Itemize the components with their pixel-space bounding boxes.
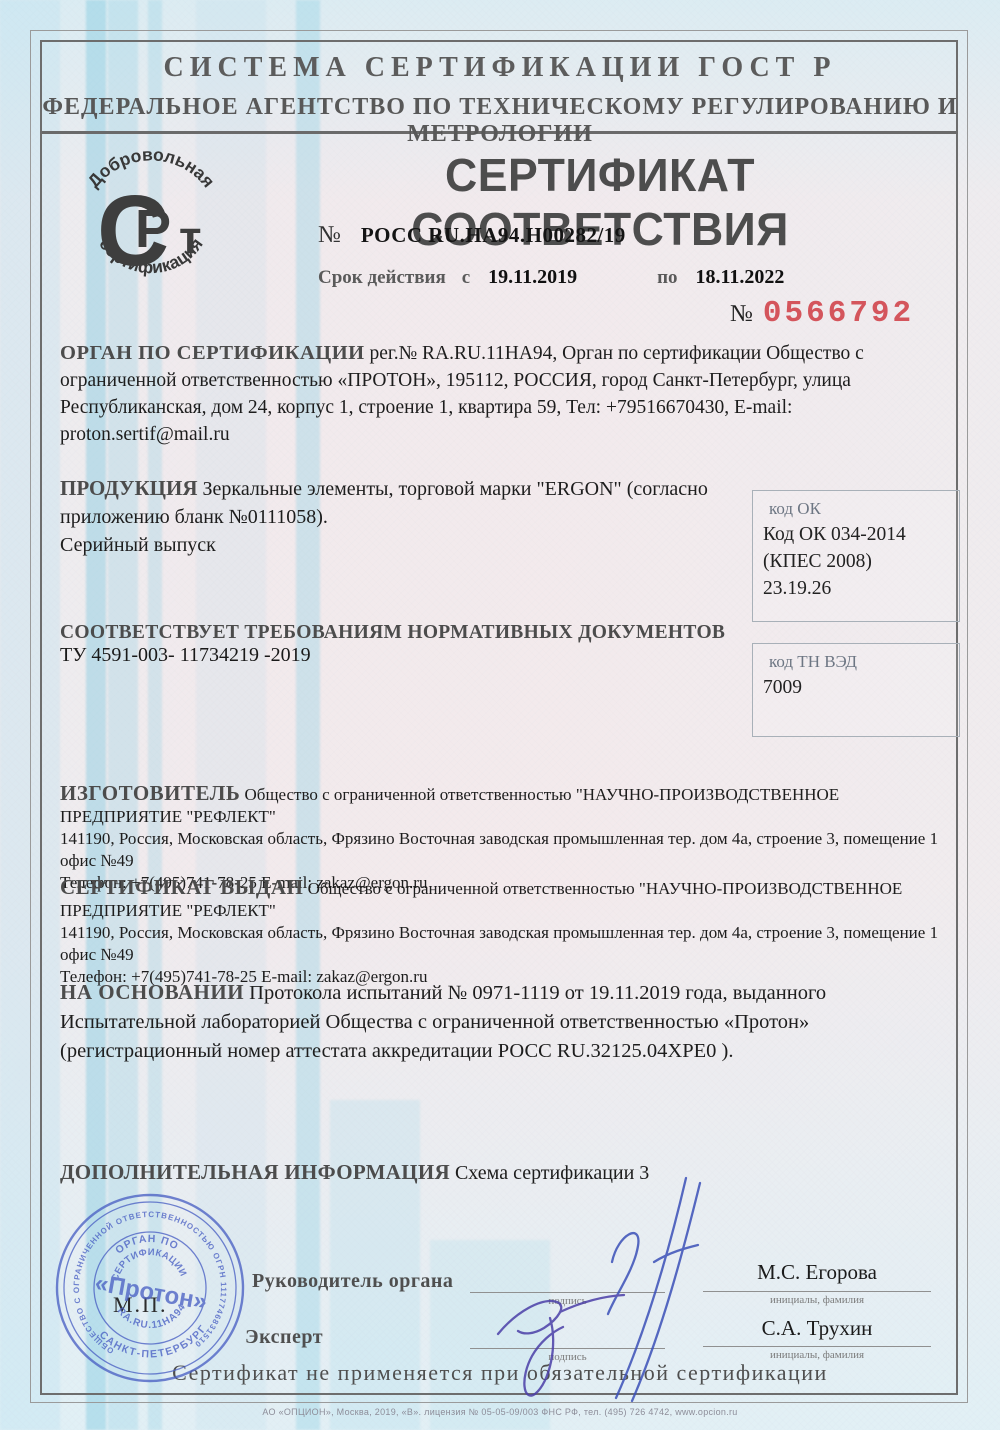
- additional-info-text: Схема сертификации 3: [455, 1162, 649, 1184]
- additional-info-label: ДОПОЛНИТЕЛЬНАЯ ИНФОРМАЦИЯ: [60, 1160, 450, 1184]
- validity-label: Срок действия: [318, 267, 446, 288]
- head-signature-caption: подпись: [470, 1295, 665, 1307]
- section-issued-to: СЕРТИФИКАТ ВЫДАН Общество с ограниченной…: [60, 876, 960, 988]
- code-ok-line2: (КПЕС 2008): [753, 548, 959, 575]
- validity-from-prep: с: [462, 267, 470, 288]
- section-additional-info: ДОПОЛНИТЕЛЬНАЯ ИНФОРМАЦИЯ Схема сертифик…: [60, 1160, 940, 1185]
- number-sign: №: [318, 222, 341, 248]
- footer-note: Сертификат не применяется при обязательн…: [120, 1360, 880, 1386]
- manufacturer-label: ИЗГОТОВИТЕЛЬ: [60, 781, 240, 805]
- validity-from-date: 19.11.2019: [488, 266, 577, 288]
- blank-serial-number: 0566792: [763, 296, 914, 331]
- code-ok-box: код ОК Код ОК 034-2014 (КПЕС 2008) 23.19…: [752, 490, 960, 622]
- expert-signature-line: [470, 1348, 665, 1349]
- section-basis: НА ОСНОВАНИИ Протокола испытаний № 0971-…: [60, 978, 895, 1066]
- expert-name-line: [703, 1346, 931, 1347]
- code-ok-line1: Код ОК 034-2014: [753, 521, 959, 548]
- code-tnved-label: код ТН ВЭД: [753, 644, 959, 674]
- code-ok-line3: 23.19.26: [753, 575, 959, 602]
- production-label: ПРОДУКЦИЯ: [60, 476, 198, 500]
- printer-fine-print: АО «ОПЦИОН», Москва, 2019, «В». лицензия…: [0, 1407, 1000, 1417]
- issued-to-address: 141190, Россия, Московская область, Фряз…: [60, 922, 960, 966]
- manufacturer-address: 141190, Россия, Московская область, Фряз…: [60, 828, 960, 872]
- production-serial-release: Серийный выпуск: [60, 531, 755, 559]
- expert-name: С.А. Трухин: [703, 1316, 931, 1341]
- rst-mark-t: т: [179, 211, 202, 263]
- head-role-label: Руководитель органа: [252, 1270, 453, 1293]
- certificate-number: РОСС RU.HA94.H00282/19: [361, 223, 626, 247]
- head-name-line: [703, 1291, 931, 1292]
- validity-row: Срок действияс19.11.2019по18.11.2022: [318, 266, 784, 289]
- certification-system-title: СИСТЕМА СЕРТИФИКАЦИИ ГОСТ Р: [42, 52, 958, 84]
- validity-to-prep: по: [657, 267, 677, 288]
- rst-mark: С Р т: [97, 175, 202, 287]
- section-production: ПРОДУКЦИЯ Зеркальные элементы, торговой …: [60, 474, 755, 559]
- section-conforms: СООТВЕТСТВУЕТ ТРЕБОВАНИЯМ НОРМАТИВНЫХ ДО…: [60, 622, 750, 667]
- issued-to-label: СЕРТИФИКАТ ВЫДАН: [60, 875, 303, 899]
- head-name: М.С. Егорова: [703, 1260, 931, 1285]
- code-tnved-box: код ТН ВЭД 7009: [752, 643, 960, 737]
- blank-serial-row: №0566792: [730, 296, 914, 331]
- rst-mark-r: Р: [135, 199, 171, 259]
- head-name-caption: инициалы, фамилия: [703, 1294, 931, 1306]
- code-tnved-value: 7009: [753, 674, 959, 701]
- conforms-label: СООТВЕТСТВУЕТ ТРЕБОВАНИЯМ НОРМАТИВНЫХ ДО…: [60, 622, 750, 644]
- rst-voluntary-certification-logo: Добровольная сертификация С Р т: [63, 143, 241, 305]
- basis-label: НА ОСНОВАНИИ: [60, 980, 244, 1004]
- head-signature-line: [470, 1292, 665, 1293]
- expert-role-label: Эксперт: [245, 1326, 323, 1349]
- serial-sign: №: [730, 301, 753, 327]
- section-certification-body: ОРГАН ПО СЕРТИФИКАЦИИ рег.№ RA.RU.11НА94…: [60, 340, 940, 448]
- federal-agency-title: ФЕДЕРАЛЬНОЕ АГЕНТСТВО ПО ТЕХНИЧЕСКОМУ РЕ…: [42, 94, 958, 148]
- code-ok-label: код ОК: [753, 491, 959, 521]
- conforms-text: ТУ 4591-003- 11734219 -2019: [60, 644, 750, 667]
- certification-body-label: ОРГАН ПО СЕРТИФИКАЦИИ: [60, 342, 365, 364]
- certificate-number-row: №РОСС RU.HA94.H00282/19: [318, 222, 626, 249]
- validity-to-date: 18.11.2022: [696, 266, 785, 288]
- stamp-place-label: М.П.: [113, 1292, 167, 1318]
